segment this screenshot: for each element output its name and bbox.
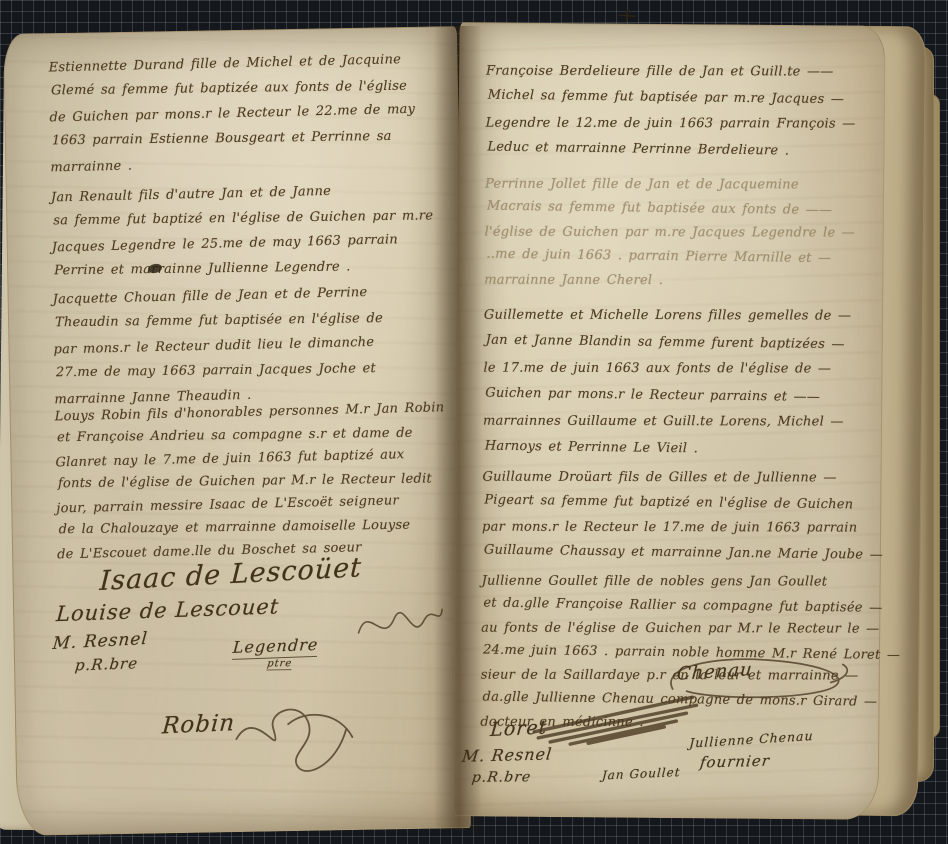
signature-loret: Loret [489,716,548,741]
manuscript-line: Guillaume Droüart fils de Gilles et de J… [482,465,872,491]
manuscript-line: le 17.me de juin 1663 aux fonts de l'égl… [483,356,873,384]
manuscript-line: Michel sa femme fut baptisée par m.re Ja… [488,83,878,114]
manuscript-line: Perrinne Jollet fille de Jan et de Jacqu… [485,173,875,198]
manuscript-line: Legendre le 12.me de juin 1663 parrain F… [486,111,876,138]
manuscript-photo: Estiennette Durand fille de Michel et de… [0,0,948,844]
manuscript-line: Guichen par mons.r le Recteur parrains e… [485,380,875,412]
baptism-entry: Françoise Berdelieure fille de Jan et Gu… [485,57,876,164]
signature-jan-goullet: Jan Goullet [602,765,681,782]
manuscript-line: Pigeart sa femme fut baptizé en l'église… [484,488,874,518]
manuscript-line: 24.me juin 1663 . parrain noble homme M.… [483,638,875,667]
manuscript-line: Françoise Berdelieure fille de Jan et Gu… [486,59,876,86]
signature-legendre: Legendre [232,635,319,660]
manuscript-line: au fonts de l'église de Guichen par M.r … [481,617,873,642]
signature-legendre-title: ptre [266,658,293,670]
baptism-entry: Louys Robin fils d'honorables personnes … [55,397,458,565]
baptism-entry: Guillemette et Michelle Lorens filles ge… [483,301,874,463]
signature-resnel-title: p.R.bre [74,654,139,674]
baptism-entry: Jullienne Goullet fille de nobles gens J… [480,568,873,736]
baptism-entry: Jan Renault fils d'autre Jan et de Janne… [51,177,449,284]
baptism-entry-faded: Perrinne Jollet fille de Jan et de Jacqu… [484,171,875,294]
manuscript-line: par mons.r le Recteur le 17.me de juin 1… [482,515,872,541]
signature-robin: Robin [161,710,236,739]
baptism-entry: Estiennette Durand fille de Michel et de… [48,47,446,179]
paraphe-flourish [352,593,448,653]
baptism-entry: Guillaume Droüart fils de Gilles et de J… [482,463,873,566]
signature-resnel: M. Resnel [52,629,149,654]
manuscript-line: et da.glle Françoise Rallier sa compagne… [483,591,875,620]
signature-resnel-title: p.R.bre [471,769,532,786]
manuscript-line: Guillaume Chaussay et marrainne Jan.ne M… [484,538,874,568]
manuscript-line: marrainne Janne Cherel . [484,269,874,294]
manuscript-line: l'église de Guichen par m.re Jacques Leg… [485,221,875,246]
manuscript-line: Jan et Janne Blandin sa femme furent bap… [486,327,876,359]
manuscript-line: Harnoys et Perrinne Le Vieil . [485,433,875,465]
manuscript-line: Jullienne Goullet fille de nobles gens J… [482,570,874,595]
manuscript-line: Macrais sa femme fut baptisée aux fonts … [487,195,877,224]
manuscript-line: Guillemette et Michelle Lorens filles ge… [484,303,874,331]
left-page: Estiennette Durand fille de Michel et de… [3,26,471,836]
manuscript-line: ..me de juin 1663 . parrain Pierre Marni… [486,243,876,272]
cross-mark: + [615,5,639,27]
signature-resnel: M. Resnel [461,744,553,765]
baptism-entry: Jacquette Chouan fille de Jean et de Per… [52,279,450,411]
manuscript-line: Leduc et marrainne Perrinne Berdelieure … [487,135,877,166]
signature-louise-de-lescouet: Louise de Lescouet [55,594,280,626]
manuscript-line: marrainnes Guillaume et Guill.te Lorens,… [483,409,873,437]
signature-fournier: fournier [699,752,771,772]
robin-paraphe-flourish [228,693,360,787]
right-page: Françoise Berdelieure fille de Jan et Gu… [453,22,886,820]
manuscript-line: da.glle Jullienne Chenau compagne de mon… [482,685,874,714]
